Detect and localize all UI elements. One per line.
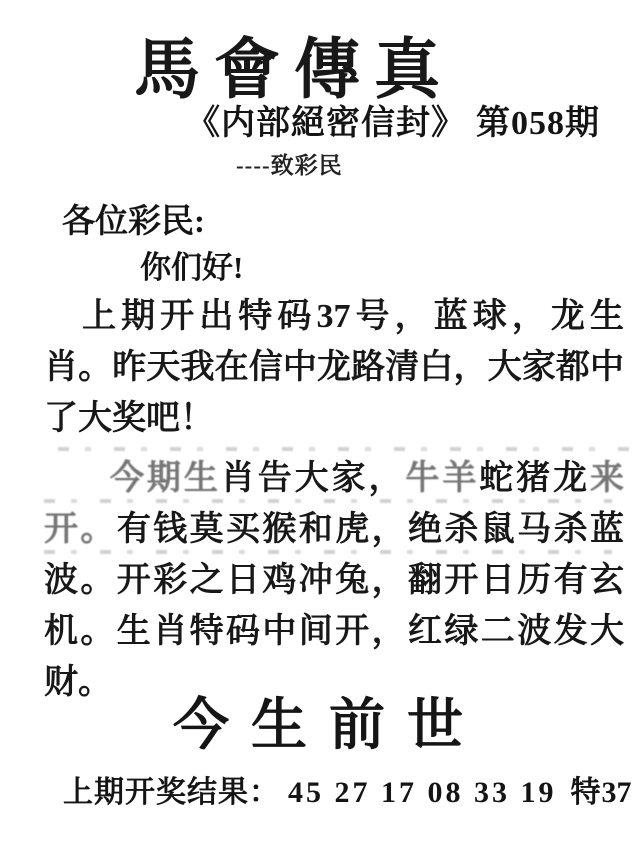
secret-envelope-label: 《内部絕密信封》 [186, 105, 466, 142]
paragraph-last-draw-text: 上期开出特码37号，蓝球，龙生肖。昨天我在信中龙路清白，大家都中了大奖吧！ [44, 298, 624, 437]
special-number-value: 37 [602, 776, 632, 809]
special-number-label: 特 [571, 776, 602, 809]
results-label: 上期开奖结果： [63, 776, 280, 809]
tips-solid-segment-2: 蛇猪龙 [479, 460, 590, 497]
greeting: 你们好! [140, 242, 243, 287]
tips-solid-segment-3: 有钱莫买猴和虎，绝杀鼠马杀蓝波。开彩之日鸡冲兔，翻开日历有玄机。生肖特码中间开，… [44, 511, 624, 701]
fax-smudge-row [44, 499, 612, 503]
tips-solid-segment-1: 肖告大家， [221, 460, 406, 497]
footer-series-title: 今 生 前 世 [0, 681, 640, 761]
fax-smudge-row [58, 447, 636, 451]
results-numbers: 45 27 17 08 33 19 [288, 776, 557, 809]
tips-faded-segment-2: 牛羊 [405, 460, 479, 497]
issue-number: 第058期 [476, 105, 600, 142]
fax-smudge-row [44, 550, 612, 554]
tips-faded-segment-1: 今期生 [110, 460, 221, 497]
fax-document-page: 馬會傳真 《内部絕密信封》第058期 ----致彩民 各位彩民: 你们好! 上期… [0, 0, 640, 853]
salutation: 各位彩民: [62, 195, 205, 242]
paragraph-last-draw: 上期开出特码37号，蓝球，龙生肖。昨天我在信中龙路清白，大家都中了大奖吧！ [44, 291, 624, 444]
paragraph-tips: 今期生肖告大家，牛羊蛇猪龙来开。有钱莫买猴和虎，绝杀鼠马杀蓝波。开彩之日鸡冲兔，… [44, 453, 624, 708]
dedication-line: ----致彩民 [236, 147, 343, 180]
results-line: 上期开奖结果：45 27 17 08 33 19特37 [63, 767, 632, 811]
issue-line: 《内部絕密信封》第058期 [186, 95, 600, 144]
